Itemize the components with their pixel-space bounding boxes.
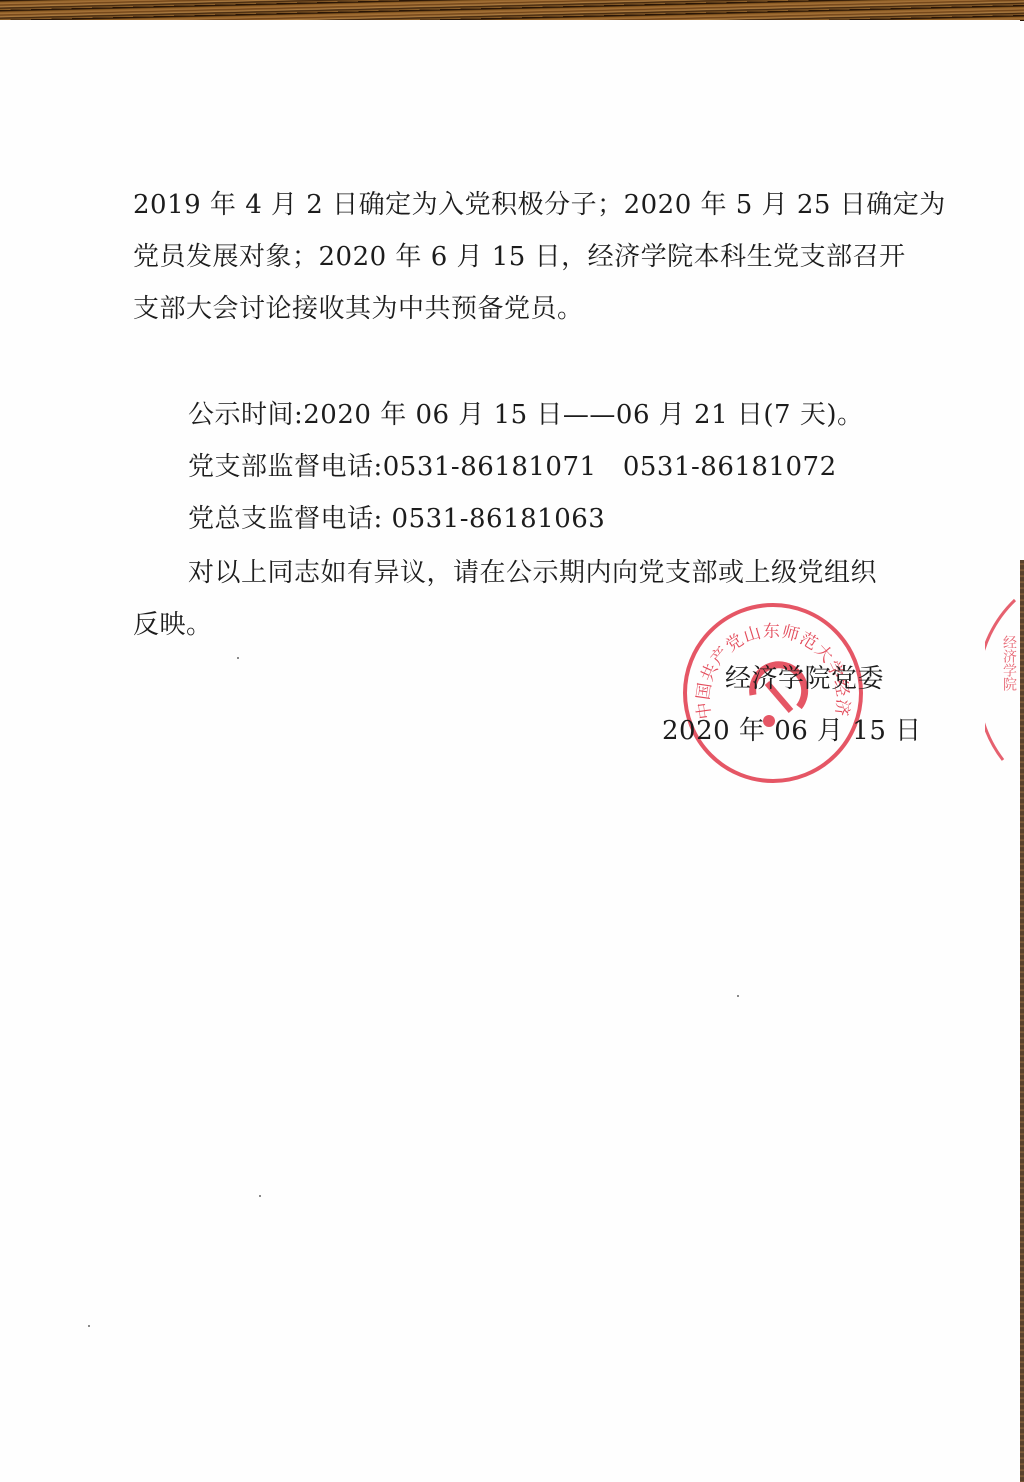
paragraph-1-line-3: 支部大会讨论接收其为中共预备党员。 [133,294,584,324]
scan-speck [737,995,739,997]
scanner-wood-edge-right [1020,560,1024,1482]
seal-text: 中国共产党山东师范大学经济学院委员会 [683,603,853,720]
scanner-wood-edge-top [0,0,1024,21]
notice-period: 公示时间:2020 年 06 月 15 日——06 月 21 日(7 天)。 [188,400,863,430]
svg-text:中国共产党山东师范大学经济学院委员会: 中国共产党山东师范大学经济学院委员会 [683,603,853,720]
objection-line-2: 反映。 [133,610,213,640]
document-page: 2019 年 4 月 2 日确定为入党积极分子；2020 年 5 月 25 日确… [0,20,1020,1482]
paragraph-1-line-2: 党员发展对象；2020 年 6 月 15 日，经济学院本科生党支部召开 [133,242,906,272]
paragraph-1-line-1: 2019 年 4 月 2 日确定为入党积极分子；2020 年 5 月 25 日确… [133,190,946,220]
issuer-signature: 经济学院党委 [725,664,884,694]
objection-line-1: 对以上同志如有异议，请在公示期内向党支部或上级党组织 [188,558,877,588]
scan-speck [237,657,239,659]
scan-speck [88,1325,90,1327]
issue-date: 2020 年 06 月 15 日 [662,716,922,746]
branch-supervision-phone: 党支部监督电话:0531-86181071 0531-86181072 [188,452,837,482]
scan-speck [259,1195,261,1197]
partial-seal-text: 经济学院 [1001,635,1017,692]
partial-seal-right-edge: 经济学院 [985,595,1024,765]
general-branch-supervision-phone: 党总支监督电话: 0531-86181063 [188,504,605,534]
